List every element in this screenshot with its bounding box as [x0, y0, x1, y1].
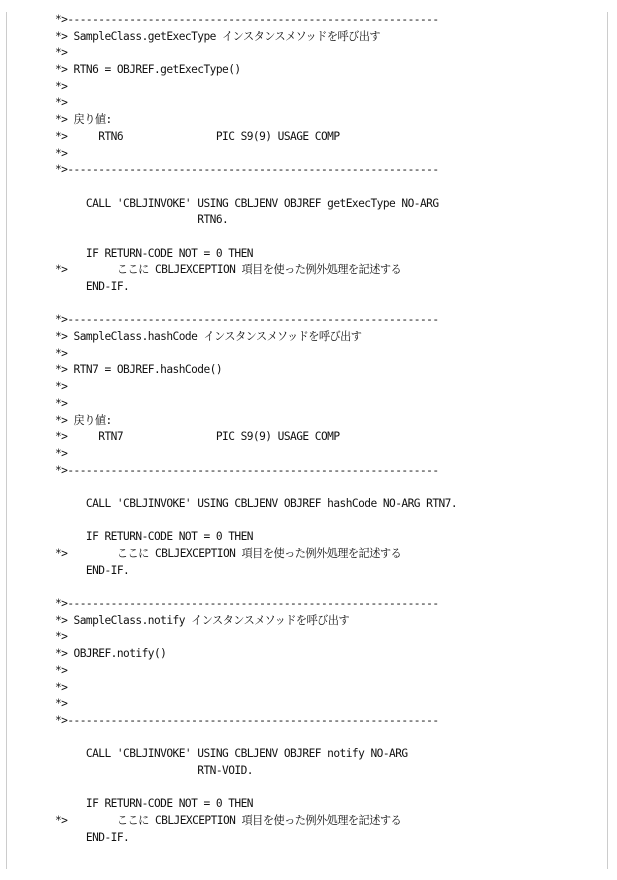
code-line: *> RTN6 = OBJREF.getExecType() [55, 62, 457, 79]
code-line: *> SampleClass.hashCode インスタンスメソッドを呼び出す [55, 329, 457, 346]
code-line: *> ここに CBLJEXCEPTION 項目を使った例外処理を記述する [55, 546, 457, 563]
code-line: *> OBJREF.notify() [55, 646, 457, 663]
code-line [55, 296, 457, 313]
code-line: IF RETURN-CODE NOT = 0 THEN [55, 529, 457, 546]
code-line [55, 229, 457, 246]
code-line: *> [55, 663, 457, 680]
code-line [55, 730, 457, 747]
code-line: RTN-VOID. [55, 763, 457, 780]
code-line: *> [55, 79, 457, 96]
code-line: *>--------------------------------------… [55, 596, 457, 613]
code-line: *> [55, 629, 457, 646]
code-line: *> 戻り値: [55, 413, 457, 430]
code-line: *>--------------------------------------… [55, 12, 457, 29]
code-line [55, 513, 457, 530]
code-line: *>--------------------------------------… [55, 463, 457, 480]
code-line: CALL 'CBLJINVOKE' USING CBLJENV OBJREF g… [55, 196, 457, 213]
code-line: *> RTN6 PIC S9(9) USAGE COMP [55, 129, 457, 146]
code-line: IF RETURN-CODE NOT = 0 THEN [55, 246, 457, 263]
code-line [55, 579, 457, 596]
code-line: END-IF. [55, 279, 457, 296]
cobol-code-block: *>--------------------------------------… [55, 12, 457, 846]
code-line: *> [55, 346, 457, 363]
code-line: *> 戻り値: [55, 112, 457, 129]
code-line [55, 780, 457, 797]
code-listing-frame: *>--------------------------------------… [6, 12, 608, 869]
code-line [55, 179, 457, 196]
code-line: RTN6. [55, 212, 457, 229]
code-line: *> [55, 696, 457, 713]
code-line: *> [55, 95, 457, 112]
code-line: *> [55, 446, 457, 463]
code-line: *> [55, 680, 457, 697]
code-line: *> ここに CBLJEXCEPTION 項目を使った例外処理を記述する [55, 262, 457, 279]
code-line: CALL 'CBLJINVOKE' USING CBLJENV OBJREF h… [55, 496, 457, 513]
code-line: *> SampleClass.getExecType インスタンスメソッドを呼び… [55, 29, 457, 46]
code-line: *>--------------------------------------… [55, 713, 457, 730]
code-line: END-IF. [55, 830, 457, 847]
code-line: *> RTN7 = OBJREF.hashCode() [55, 362, 457, 379]
code-line: *> RTN7 PIC S9(9) USAGE COMP [55, 429, 457, 446]
code-line: *> [55, 396, 457, 413]
code-line: *> [55, 379, 457, 396]
code-line: *>--------------------------------------… [55, 162, 457, 179]
code-line: END-IF. [55, 563, 457, 580]
code-line: *>--------------------------------------… [55, 312, 457, 329]
code-line: *> SampleClass.notify インスタンスメソッドを呼び出す [55, 613, 457, 630]
code-line: CALL 'CBLJINVOKE' USING CBLJENV OBJREF n… [55, 746, 457, 763]
code-line: IF RETURN-CODE NOT = 0 THEN [55, 796, 457, 813]
code-line: *> [55, 146, 457, 163]
code-line: *> ここに CBLJEXCEPTION 項目を使った例外処理を記述する [55, 813, 457, 830]
code-line [55, 479, 457, 496]
code-line: *> [55, 45, 457, 62]
